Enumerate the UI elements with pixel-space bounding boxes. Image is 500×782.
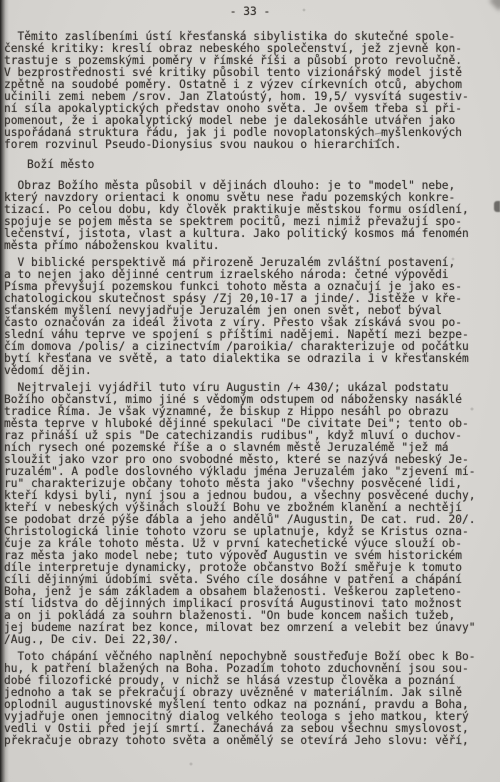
section-heading-bozi-mesto: Boží město	[4, 159, 496, 171]
paragraph-biblicka-perspektiva: V biblické perspektivě má přirozeně Jeru…	[4, 257, 496, 377]
page-content: - 33 - Těmito zaslíbeními ústí křesťansk…	[4, 6, 496, 752]
page-number: - 33 -	[4, 6, 496, 18]
paragraph-intro: Těmito zaslíbeními ústí křesťanská sibyl…	[4, 31, 496, 151]
scan-noise-specks	[0, 0, 2, 2]
scanned-document-page: - 33 - Těmito zaslíbeními ústí křesťansk…	[0, 0, 500, 782]
paragraph-toto-chapani: Toto chápání věčného naplnění nepochybně…	[4, 651, 496, 747]
paragraph-obraz-boziho-mesta: Obraz Božího města působil v dějinách dl…	[4, 180, 496, 252]
paragraph-augustin: Nejtrvaleji vyjádřil tuto víru Augustin …	[4, 382, 496, 646]
